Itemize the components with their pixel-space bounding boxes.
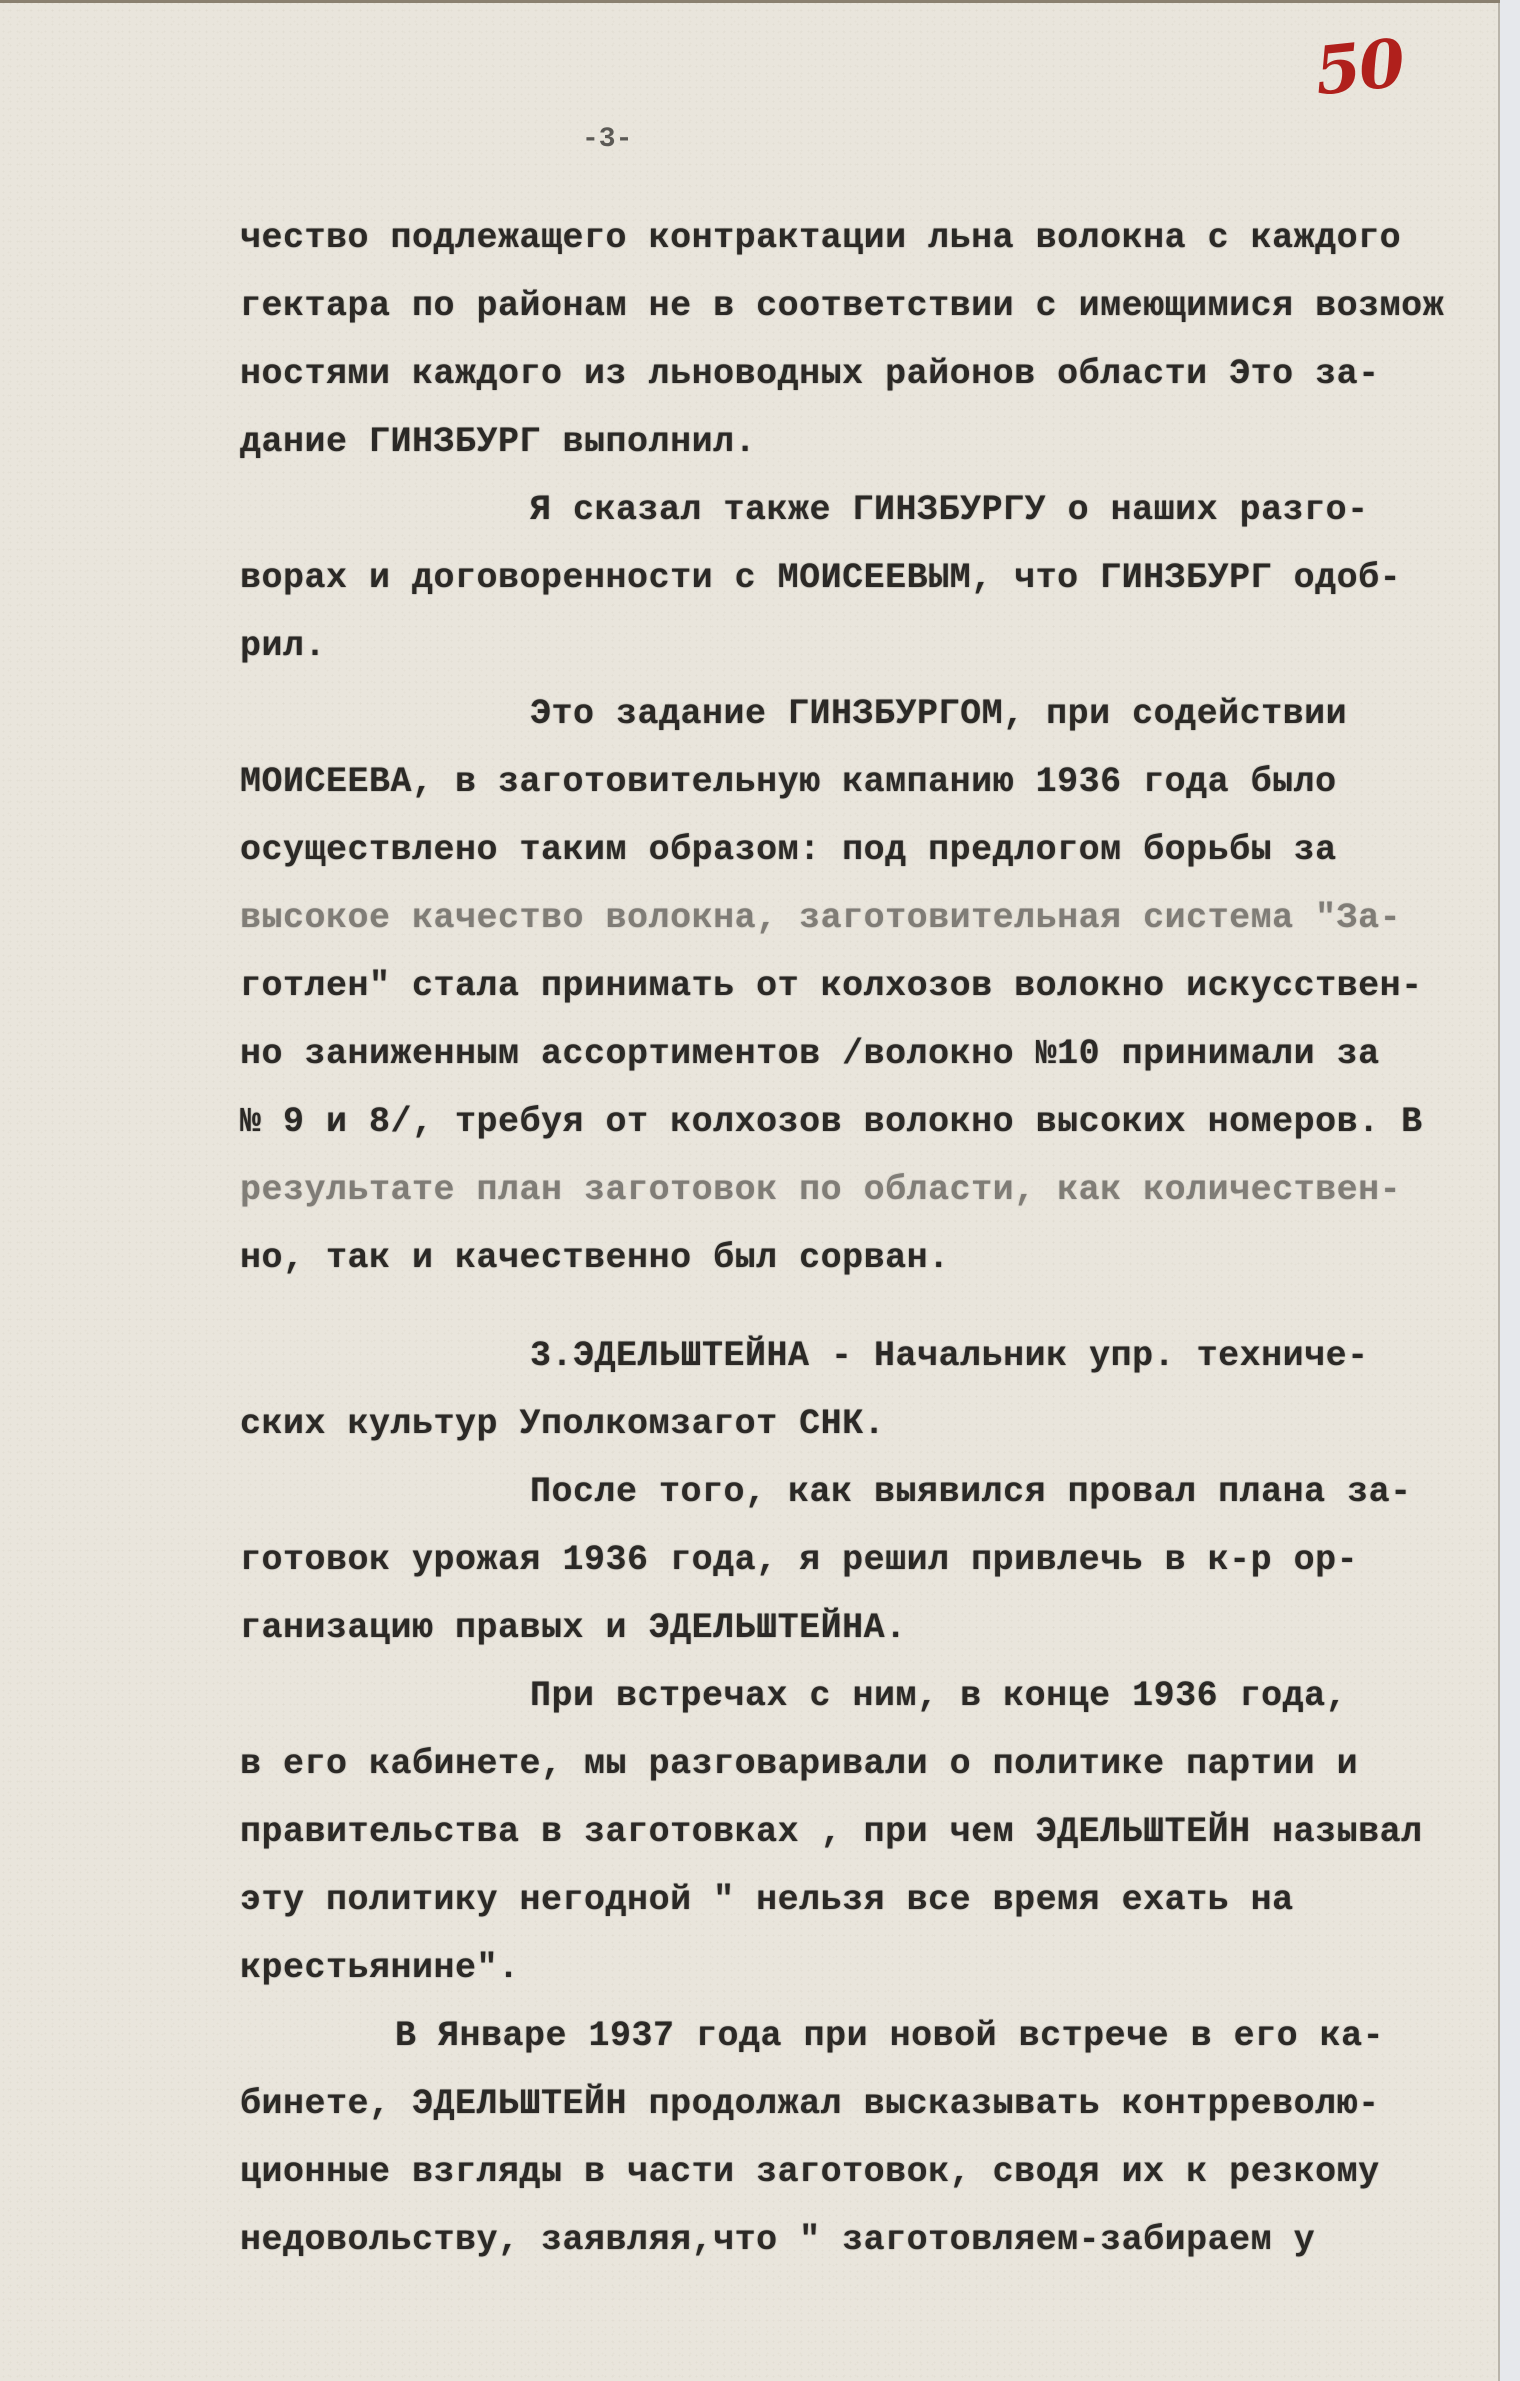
text-line: но, так и качественно был сорван. <box>240 1238 950 1278</box>
text-line: правительства в заготовках , при чем ЭДЕ… <box>240 1812 1423 1852</box>
text-line: эту политику негодной " нельзя все время… <box>240 1880 1294 1920</box>
text-line: дание ГИНЗБУРГ выполнил. <box>240 422 756 462</box>
page-top-edge <box>0 0 1500 3</box>
text-line: ностями каждого из льноводных районов об… <box>240 354 1380 394</box>
text-line: гектара по районам не в соответствии с и… <box>240 286 1444 326</box>
text-line: бинете, ЭДЕЛЬШТЕЙН продолжал высказывать… <box>240 2084 1380 2124</box>
text-line: ских культур Уполкомзагот СНК. <box>240 1404 885 1444</box>
document-page: 50 -3- чество подлежащего контрактации л… <box>0 0 1500 2381</box>
text-line: в его кабинете, мы разговаривали о полит… <box>240 1744 1358 1784</box>
text-line: недовольству, заявляя,что " заготовляем-… <box>240 2220 1315 2260</box>
text-line: готовок урожая 1936 года, я решил привле… <box>240 1540 1358 1580</box>
text-line: ционные взгляды в части заготовок, сводя… <box>240 2152 1380 2192</box>
text-line: Я сказал также ГИНЗБУРГУ о наших разго- <box>530 490 1369 530</box>
section-heading-line: 3.ЭДЕЛЬШТЕЙНА - Начальник упр. техниче- <box>530 1336 1369 1376</box>
text-line: рил. <box>240 626 326 666</box>
page-marker: -3- <box>582 124 632 155</box>
folio-number: 50 <box>1311 24 1407 111</box>
text-line: № 9 и 8/, требуя от колхозов волокно выс… <box>240 1102 1423 1142</box>
text-line: чество подлежащего контрактации льна вол… <box>240 218 1401 258</box>
text-line: ганизацию правых и ЭДЕЛЬШТЕЙНА. <box>240 1608 907 1648</box>
text-line: При встречах с ним, в конце 1936 года, <box>530 1676 1347 1716</box>
text-line: ворах и договоренности с МОИСЕЕВЫМ, что … <box>240 558 1401 598</box>
text-line: высокое качество волокна, заготовительна… <box>240 898 1401 938</box>
text-line: готлен" стала принимать от колхозов воло… <box>240 966 1423 1006</box>
text-line: После того, как выявился провал плана за… <box>530 1472 1412 1512</box>
text-line: результате план заготовок по области, ка… <box>240 1170 1401 1210</box>
text-line: но заниженным ассортиментов /волокно №10… <box>240 1034 1380 1074</box>
text-line: Это задание ГИНЗБУРГОМ, при содействии <box>530 694 1347 734</box>
text-line: осуществлено таким образом: под предлого… <box>240 830 1337 870</box>
text-line: крестьянине". <box>240 1948 520 1988</box>
text-line: МОИСЕЕВА, в заготовительную кампанию 193… <box>240 762 1337 802</box>
text-line: В Январе 1937 года при новой встрече в е… <box>395 2016 1384 2056</box>
